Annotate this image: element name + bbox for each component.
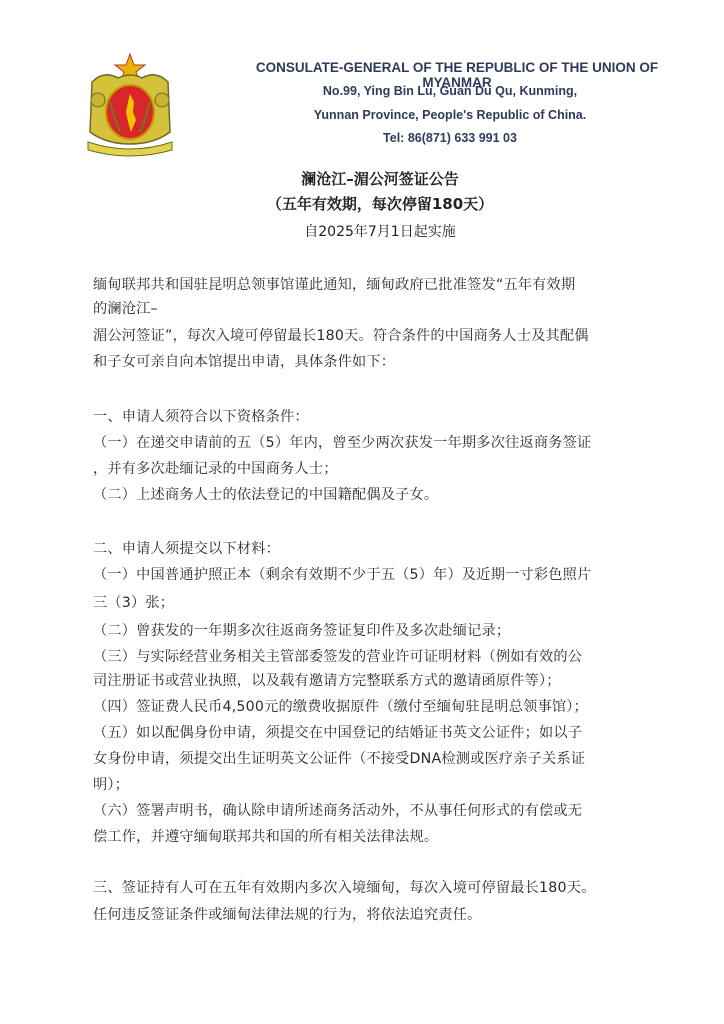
- section-2-line: 司注册证书或营业执照，以及载有邀请方完整联系方式的邀请函原件等）；: [93, 670, 561, 690]
- section-2-line: 女身份申请，须提交出生证明英文公证件（不接受DNA检测或医疗亲子关系证: [93, 748, 585, 768]
- section-2-line: 明）；: [93, 774, 129, 794]
- notice-title: 澜沧江–湄公河签证公告: [200, 168, 560, 189]
- section-2-line: 偿工作，并遵守缅甸联邦共和国的所有相关法律法规。: [93, 826, 438, 846]
- section-1-line: ，并有多次赴缅记录的中国商务人士；: [93, 458, 338, 478]
- section-2-line: （三）与实际经营业务相关主管部委签发的营业许可证明材料（例如有效的公: [93, 646, 582, 666]
- telephone: Tel: 86(871) 633 991 03: [200, 131, 700, 145]
- notice-subtitle: （五年有效期，每次停留180天）: [200, 193, 560, 214]
- effective-date: 自2025年7月1日起实施: [200, 221, 560, 241]
- address-line-2: Yunnan Province, People's Republic of Ch…: [200, 108, 700, 122]
- section-2-line: （四）签证费人民币4,500元的缴费收据原件（缴付至缅甸驻昆明总领事馆）；: [93, 696, 588, 716]
- section-3-line: 三、签证持有人可在五年有效期内多次入境缅甸，每次入境可停留最长180天。: [93, 877, 595, 897]
- section-2-line: （六）签署声明书，确认除申请所述商务活动外，不从事任何形式的有偿或无: [93, 800, 582, 820]
- section-1-heading: 一、申请人须符合以下资格条件：: [93, 406, 309, 426]
- intro-line: 缅甸联邦共和国驻昆明总领事馆谨此通知，缅甸政府已批准签发“五年有效期: [93, 274, 575, 294]
- section-1-line: （一）在递交申请前的五（5）年内，曾至少两次获发一年期多次往返商务签证: [93, 432, 591, 452]
- intro-line: 湄公河签证”，每次入境可停留最长180天。符合条件的中国商务人士及其配偶: [93, 325, 589, 345]
- intro-line: 和子女可亲自向本馆提出申请，具体条件如下：: [93, 351, 395, 371]
- section-2-line: 三（3）张；: [93, 592, 174, 612]
- section-2-heading: 二、申请人须提交以下材料：: [93, 538, 280, 558]
- section-3-line: 任何违反签证条件或缅甸法律法规的行为，将依法追究责任。: [93, 904, 481, 924]
- section-2-line: （二）曾获发的一年期多次往返商务签证复印件及多次赴缅记录；: [93, 620, 510, 640]
- section-1-line: （二）上述商务人士的依法登记的中国籍配偶及子女。: [93, 484, 438, 504]
- address-line-1: No.99, Ying Bin Lu, Guan Du Qu, Kunming,: [200, 84, 700, 98]
- section-2-line: （五）如以配偶身份申请，须提交在中国登记的结婚证书英文公证件；如以子: [93, 722, 582, 742]
- section-2-line: （一）中国普通护照正本（剩余有效期不少于五（5）年）及近期一寸彩色照片: [93, 564, 591, 584]
- state-seal-emblem: [84, 52, 176, 158]
- intro-line: 的澜沧江–: [93, 298, 158, 318]
